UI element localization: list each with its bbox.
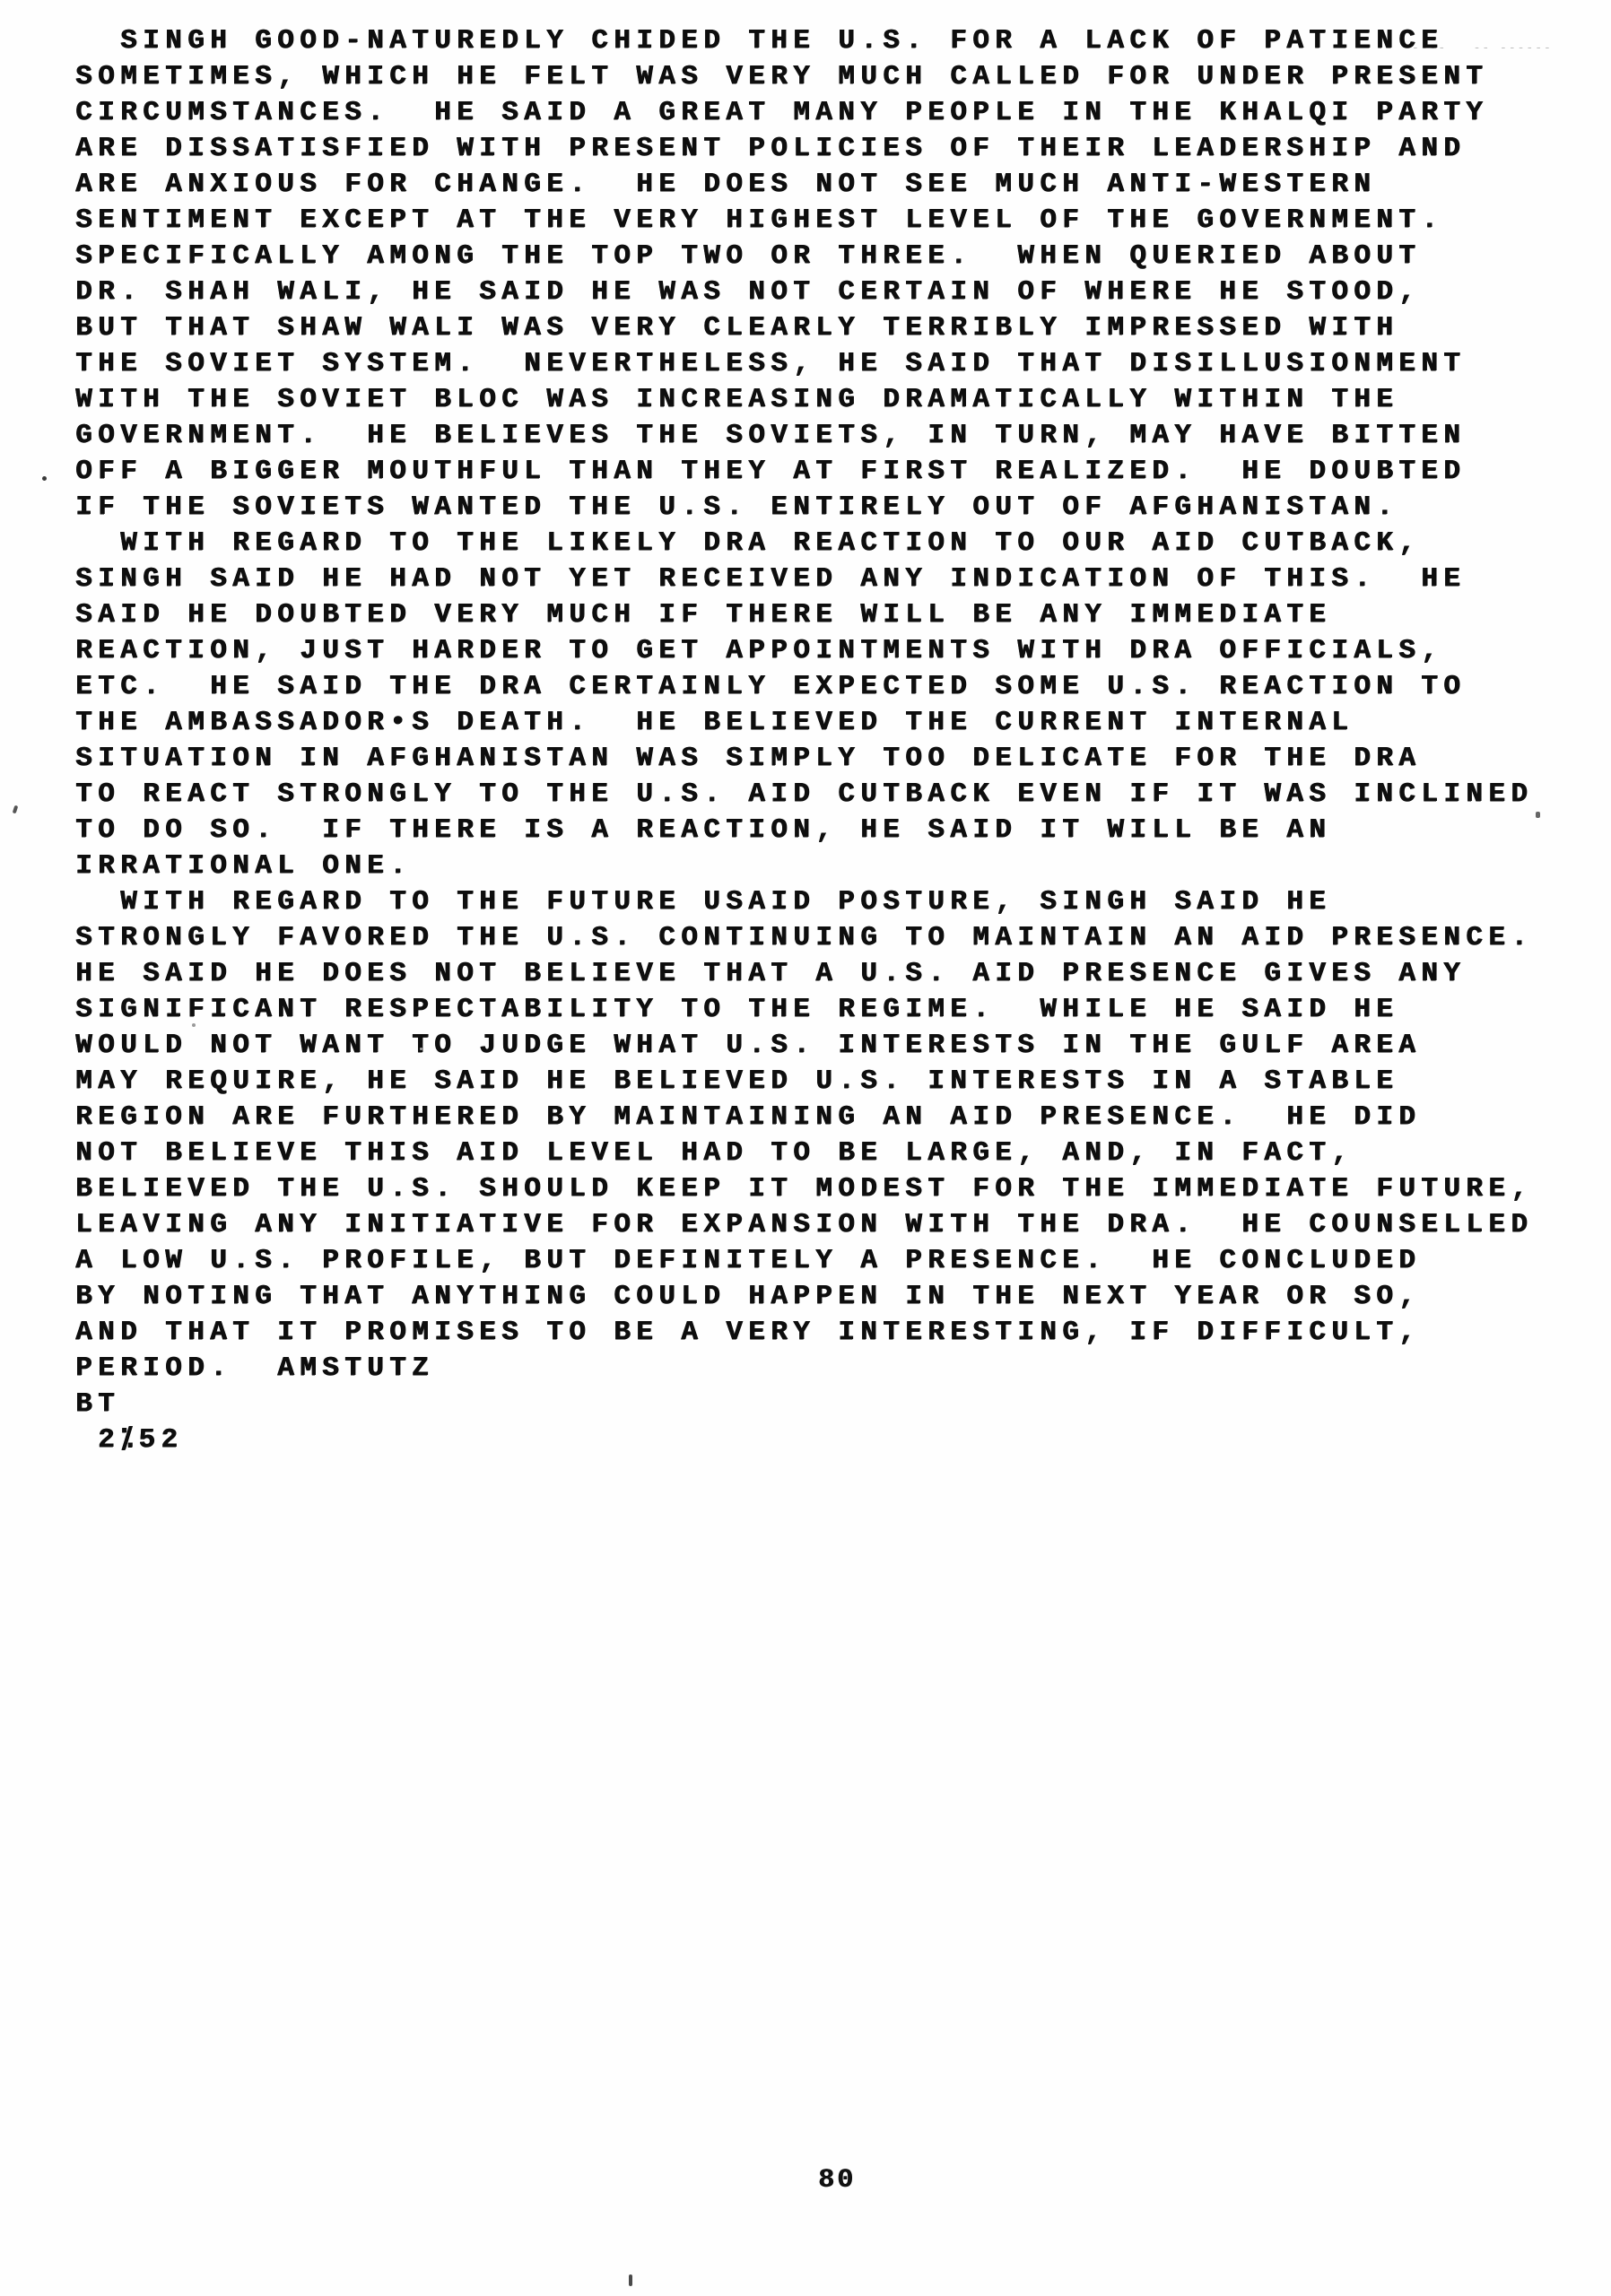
- text-line: CIRCUMSTANCES. HE SAID A GREAT MANY PEOP…: [75, 95, 1533, 131]
- text-line: DR. SHAH WALI, HE SAID HE WAS NOT CERTAI…: [75, 274, 1533, 310]
- text-line: GOVERNMENT. HE BELIEVES THE SOVIETS, IN …: [75, 418, 1533, 454]
- text-line: STRONGLY FAVORED THE U.S. CONTINUING TO …: [75, 920, 1533, 956]
- text-line: ARE ANXIOUS FOR CHANGE. HE DOES NOT SEE …: [75, 167, 1533, 203]
- text-line: NOT BELIEVE THIS AID LEVEL HAD TO BE LAR…: [75, 1135, 1533, 1171]
- text-line: SENTIMENT EXCEPT AT THE VERY HIGHEST LEV…: [75, 203, 1533, 239]
- text-line: TO REACT STRONGLY TO THE U.S. AID CUTBAC…: [75, 777, 1533, 813]
- text-line: SPECIFICALLY AMONG THE TOP TWO OR THREE.…: [75, 239, 1533, 274]
- text-line: SAID HE DOUBTED VERY MUCH IF THERE WILL …: [75, 597, 1533, 633]
- text-line: BUT THAT SHAW WALI WAS VERY CLEARLY TERR…: [75, 310, 1533, 346]
- text-line: AND THAT IT PROMISES TO BE A VERY INTERE…: [75, 1315, 1533, 1351]
- text-line: SOMETIMES, WHICH HE FELT WAS VERY MUCH C…: [75, 59, 1533, 95]
- ink-speck: [1292, 429, 1294, 431]
- ink-speck: [420, 1048, 422, 1050]
- text-line: MAY REQUIRE, HE SAID HE BELIEVED U.S. IN…: [75, 1064, 1533, 1100]
- ink-speck: [1536, 812, 1540, 818]
- page-number: 80: [818, 2165, 856, 2196]
- ink-speck: [192, 1023, 196, 1027]
- text-line: LEAVING ANY INITIATIVE FOR EXPANSION WIT…: [75, 1207, 1533, 1243]
- text-line: THE SOVIET SYSTEM. NEVERTHELESS, HE SAID…: [75, 346, 1533, 382]
- text-line: IF THE SOVIETS WANTED THE U.S. ENTIRELY …: [75, 490, 1533, 526]
- text-line: WITH REGARD TO THE LIKELY DRA REACTION T…: [75, 526, 1533, 561]
- text-line: A LOW U.S. PROFILE, BUT DEFINITELY A PRE…: [75, 1243, 1533, 1279]
- text-line: WITH THE SOVIET BLOC WAS INCREASING DRAM…: [75, 382, 1533, 418]
- text-line: REACTION, JUST HARDER TO GET APPOINTMENT…: [75, 633, 1533, 669]
- text-line: PERIOD. AMSTUTZ: [75, 1351, 1533, 1387]
- text-line: OFF A BIGGER MOUTHFUL THAN THEY AT FIRST…: [75, 454, 1533, 490]
- text-line: WOULD NOT WANT TO JUDGE WHAT U.S. INTERE…: [75, 1028, 1533, 1064]
- document-text: SINGH GOOD-NATUREDLY CHIDED THE U.S. FOR…: [75, 23, 1533, 1458]
- text-line: SIGNIFICANT RESPECTABILITY TO THE REGIME…: [75, 992, 1533, 1028]
- text-line: SINGH SAID HE HAD NOT YET RECEIVED ANY I…: [75, 561, 1533, 597]
- text-line: 2⁒52: [75, 1422, 1533, 1458]
- text-line: ETC. HE SAID THE DRA CERTAINLY EXPECTED …: [75, 669, 1533, 705]
- text-line: REGION ARE FURTHERED BY MAINTAINING AN A…: [75, 1100, 1533, 1135]
- text-line: BY NOTING THAT ANYTHING COULD HAPPEN IN …: [75, 1279, 1533, 1315]
- ink-speck: [629, 2274, 632, 2286]
- text-line: TO DO SO. IF THERE IS A REACTION, HE SAI…: [75, 813, 1533, 848]
- text-line: BELIEVED THE U.S. SHOULD KEEP IT MODEST …: [75, 1171, 1533, 1207]
- document-page: ---- -- ------ SINGH GOOD-NATUREDLY CHID…: [0, 0, 1611, 2296]
- ink-speck: [13, 805, 19, 814]
- text-line: THE AMBASSADOR•S DEATH. HE BELIEVED THE …: [75, 705, 1533, 741]
- text-line: ARE DISSATISFIED WITH PRESENT POLICIES O…: [75, 131, 1533, 167]
- text-line: SITUATION IN AFGHANISTAN WAS SIMPLY TOO …: [75, 741, 1533, 777]
- ink-speck: [42, 476, 47, 481]
- text-line: WITH REGARD TO THE FUTURE USAID POSTURE,…: [75, 884, 1533, 920]
- text-line: HE SAID HE DOES NOT BELIEVE THAT A U.S. …: [75, 956, 1533, 992]
- text-line: BT: [75, 1387, 1533, 1422]
- text-line: IRRATIONAL ONE.: [75, 848, 1533, 884]
- text-line: SINGH GOOD-NATUREDLY CHIDED THE U.S. FOR…: [75, 23, 1533, 59]
